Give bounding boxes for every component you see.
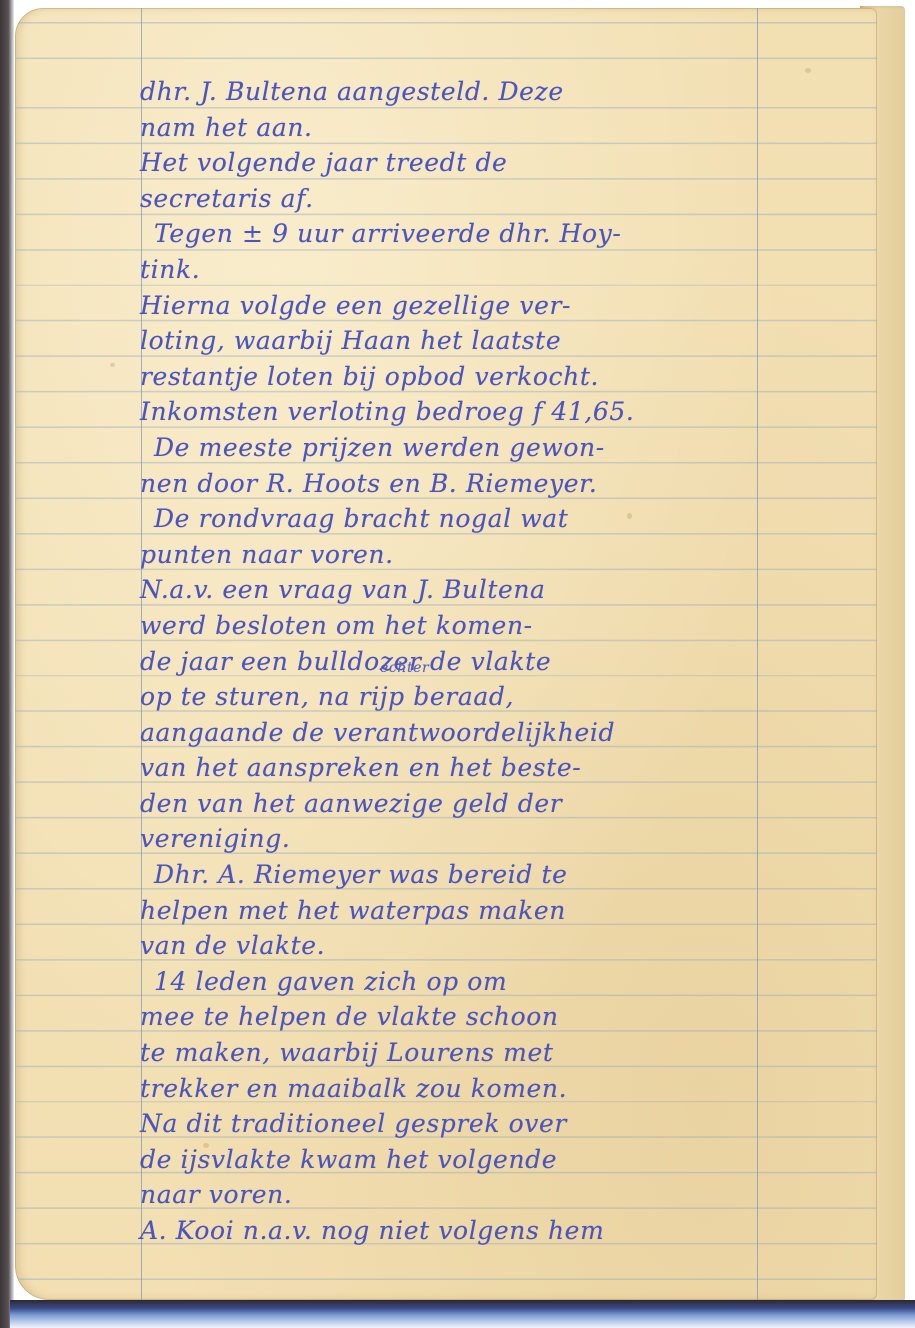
text-line: N.a.v. een vraag van J. Bultena xyxy=(140,572,880,608)
text-line: mee te helpen de vlakte schoon xyxy=(140,999,880,1035)
text-line: 14 leden gaven zich op om xyxy=(140,964,880,1000)
handwritten-text: dhr. J. Bultena aangesteld. Deze nam het… xyxy=(140,74,880,1249)
text-line: secretaris af. xyxy=(140,181,880,217)
text-line: aangaande de verantwoordelijkheid xyxy=(140,715,880,751)
text-line: nen door R. Hoots en B. Riemeyer. xyxy=(140,466,880,502)
text-line: Dhr. A. Riemeyer was bereid te xyxy=(140,857,880,893)
text-line: De meeste prijzen werden gewon- xyxy=(140,430,880,466)
text-line: den van het aanwezige geld der xyxy=(140,786,880,822)
text-line: Na dit traditioneel gesprek over xyxy=(140,1106,880,1142)
text-line: te maken, waarbij Lourens met xyxy=(140,1035,880,1071)
paper-stain xyxy=(110,363,115,367)
text-line: naar voren. xyxy=(140,1177,880,1213)
text-line: de jaar een bulldozer de vlakte xyxy=(140,644,880,680)
text-line: punten naar voren. xyxy=(140,537,880,573)
paper-stain xyxy=(805,68,811,73)
background-left-edge xyxy=(0,0,14,1328)
text-line: restantje loten bij opbod verkocht. xyxy=(140,359,880,395)
text-line: van de vlakte. xyxy=(140,928,880,964)
text-line: dhr. J. Bultena aangesteld. Deze xyxy=(140,74,880,110)
text-line: de ijsvlakte kwam het volgende xyxy=(140,1142,880,1178)
text-line: nam het aan. xyxy=(140,110,880,146)
text-line: Het volgende jaar treedt de xyxy=(140,145,880,181)
text-line-content: op te sturen, na rijp beraad, xyxy=(140,682,514,711)
text-line: werd besloten om het komen- xyxy=(140,608,880,644)
text-line: van het aanspreken en het beste- xyxy=(140,750,880,786)
text-line: Tegen ± 9 uur arriveerde dhr. Hoy- xyxy=(140,216,880,252)
background-bottom-edge xyxy=(10,1300,915,1328)
text-line: trekker en maaibalk zou komen. xyxy=(140,1071,880,1107)
text-line: loting, waarbij Haan het laatste xyxy=(140,323,880,359)
text-line: A. Kooi n.a.v. nog niet volgens hem xyxy=(140,1213,880,1249)
text-line: Hierna volgde een gezellige ver- xyxy=(140,288,880,324)
text-line: De rondvraag bracht nogal wat xyxy=(140,501,880,537)
text-line: tink. xyxy=(140,252,880,288)
text-line-with-annotation: echter op te sturen, na rijp beraad, xyxy=(140,679,880,715)
text-line: Inkomsten verloting bedroeg f 41,65. xyxy=(140,394,880,430)
inserted-word-annotation: echter xyxy=(380,661,429,675)
text-line: vereniging. xyxy=(140,821,880,857)
text-line: helpen met het waterpas maken xyxy=(140,893,880,929)
